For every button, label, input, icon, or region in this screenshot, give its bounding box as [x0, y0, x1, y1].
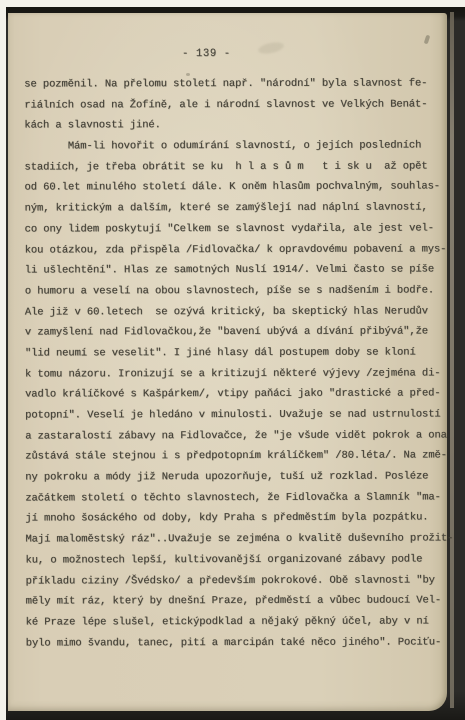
text-line: ny pokroku a módy již Neruda upozorňuje,…	[25, 467, 445, 489]
text-line: ké Praze lépe slušel, etickýpodklad a ně…	[26, 611, 446, 633]
text-line: Mají maloměstský ráz"..Uvažuje se zejmén…	[25, 529, 445, 551]
text-line: jí mnoho šosáckého od doby, kdy Praha s …	[25, 508, 445, 530]
text-line: příkladu ciziny /Švédsko/ a především po…	[26, 570, 446, 592]
text-line: ným, kritickým a dalším, které se zamýšl…	[25, 198, 445, 220]
text-line: kách a slavnosti jiné.	[24, 115, 444, 137]
pencil-mark	[424, 35, 431, 45]
text-line: stadiích, je třeba obrátit se ku h l a s…	[24, 156, 444, 178]
scanned-document-page: - 139 - se pozměnil. Na přelomu století …	[0, 0, 465, 720]
smudge-mark	[257, 40, 285, 55]
text-line: kou otázkou, zda přispěla /Fidlovačka/ k…	[25, 239, 445, 261]
book-page-stack-edge	[450, 12, 454, 708]
text-line: bylo mimo švandu, tanec, pití a marcipán…	[26, 632, 446, 654]
text-line: "lid neumí se veselit". I jiné hlasy dál…	[25, 342, 445, 364]
paper-sheet: - 139 - se pozměnil. Na přelomu století …	[8, 13, 447, 711]
text-line: k tomu názoru. Ironizují se a kritizují …	[25, 363, 445, 385]
text-line: potopní". Veselí je hledáno v minulosti.…	[25, 404, 445, 426]
text-line: ku, o možnostech lepší, kultivovanější o…	[25, 549, 445, 571]
text-line: zůstává stále stejnou i s předpotopním k…	[25, 446, 445, 468]
text-line: od 60.let minulého století dále. K oněm …	[25, 177, 445, 199]
text-line: Mám-li hovořit o odumírání slavností, o …	[24, 136, 444, 158]
text-line: riálních osad na Žofíně, ale i národní s…	[24, 94, 444, 116]
text-line: měly mít ráz, který by dnešní Praze, pře…	[26, 591, 446, 613]
text-line: co ony lidem poskytují "Celkem se slavno…	[25, 218, 445, 240]
typewritten-body-text: se pozměnil. Na přelomu století např. "n…	[24, 73, 446, 653]
text-line: v zamyšlení nad Fidlovačkou,že "bavení u…	[25, 322, 445, 344]
text-line: a zastaralostí zábavy na Fidlovačce, že …	[25, 425, 445, 447]
text-line: li ušlechtění". Hlas ze samotných Nuslí …	[25, 260, 445, 282]
page-number: - 139 -	[182, 48, 231, 60]
text-line: Ale již v 60.letech se ozývá kritický, b…	[25, 301, 445, 323]
text-line: se pozměnil. Na přelomu století např. "n…	[24, 73, 444, 95]
text-line: vadlo králíčkové s Kašpárkem/, vtipy paň…	[25, 384, 445, 406]
text-line: začátkem století o těchto slavnostech, ž…	[25, 487, 445, 509]
text-line: o humoru a veselí na obou slavnostech, p…	[25, 280, 445, 302]
